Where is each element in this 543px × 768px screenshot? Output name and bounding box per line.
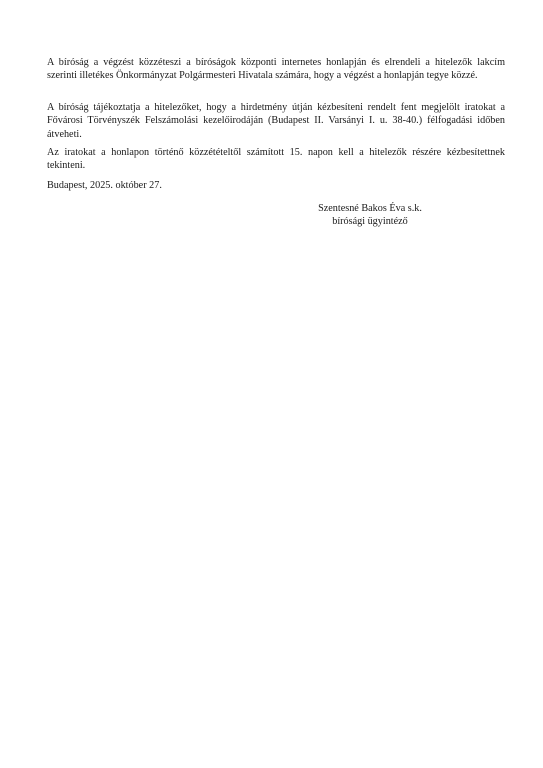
document-page: A bíróság a végzést közzéteszi a bíróság… — [0, 0, 543, 768]
text-line: A bíróság tájékoztatja a hitelezőket, ho… — [47, 101, 505, 114]
date-line: Budapest, 2025. október 27. — [47, 179, 162, 192]
signatory-name: Szentesné Bakos Éva s.k. — [300, 202, 440, 215]
signatory-title: bírósági ügyintéző — [300, 215, 440, 228]
text-line: tekinteni. — [47, 159, 505, 172]
paragraph-delivery-deadline: Az iratokat a honlapon történő közzététe… — [47, 146, 505, 173]
signature-block: Szentesné Bakos Éva s.k. bírósági ügyint… — [300, 202, 440, 228]
text-line: Fővárosi Törvényszék Felszámolási kezelő… — [47, 114, 505, 127]
text-line: szerinti illetékes Önkormányzat Polgárme… — [47, 69, 505, 82]
text-line: Az iratokat a honlapon történő közzététe… — [47, 146, 505, 159]
paragraph-publication-order: A bíróság a végzést közzéteszi a bíróság… — [47, 56, 505, 83]
text-line: átveheti. — [47, 128, 505, 141]
text-line: A bíróság a végzést közzéteszi a bíróság… — [47, 56, 505, 69]
paragraph-creditor-notice: A bíróság tájékoztatja a hitelezőket, ho… — [47, 101, 505, 141]
